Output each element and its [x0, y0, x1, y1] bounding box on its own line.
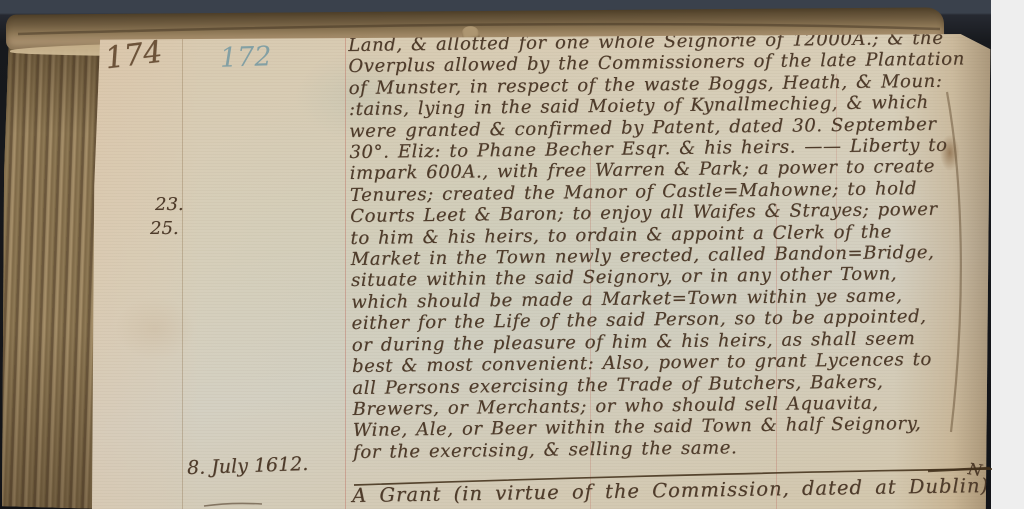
margin-ref-first: 23. — [155, 194, 184, 215]
margin-crease-line — [182, 34, 183, 509]
scanner-matte — [991, 0, 1024, 509]
next-entry-partial-line: A Grant (in virtue of the Commission, da… — [352, 473, 1024, 507]
margin-ref-second: 25. — [150, 218, 179, 239]
manuscript-scan: 174 172 23. 25. 8. July 1612. N Land, & … — [0, 0, 1024, 509]
entry-date: 8. July 1612. — [187, 453, 309, 479]
entry-text-block: Land, & allotted for one whole Seignorie… — [348, 27, 1005, 463]
ruled-line-left — [345, 34, 346, 509]
book-fore-edge — [2, 28, 106, 509]
folio-number: 174 — [103, 35, 164, 77]
manuscript-page: 174 172 23. 25. 8. July 1612. N Land, & … — [92, 34, 993, 509]
folio-number-alt: 172 — [219, 41, 272, 74]
